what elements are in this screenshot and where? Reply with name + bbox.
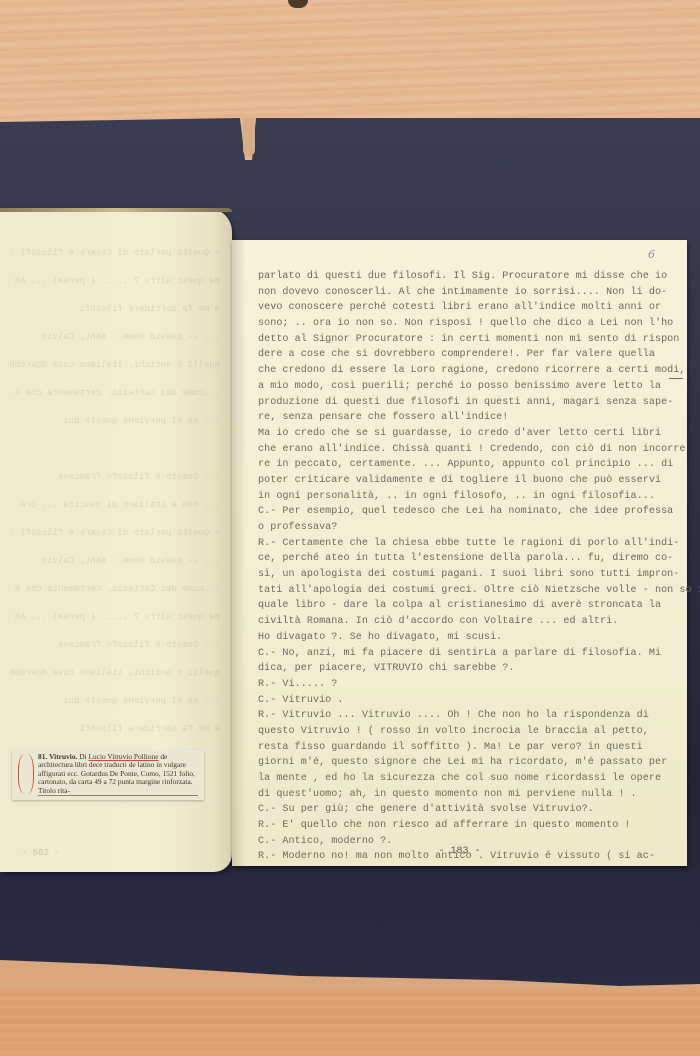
bleed-line: ... Questo è filosofo francese bbox=[10, 472, 220, 486]
text-line: in ogni personalità, .. in ogni filosofo… bbox=[258, 489, 668, 505]
bleed-line: ... ma mi perviene questo qui. bbox=[10, 696, 220, 710]
text-line: sono; .. ora io non so. Non risposi ! qu… bbox=[258, 316, 668, 332]
text-line: parlato di questi due filosofi. Il Sig. … bbox=[258, 269, 668, 285]
text-line: vevo conoscere perché cotesti libri eran… bbox=[258, 300, 668, 316]
bleed-line: ...come dei Cartesio, certamente che è u… bbox=[10, 388, 220, 402]
text-line: R.- Certamente che la chiesa ebbe tutte … bbox=[258, 536, 668, 552]
bleed-through-text: - Questo parlato di Cesare e filosofi ..… bbox=[10, 248, 220, 752]
text-line: sì, un apologista dei costumi pagani. I … bbox=[258, 567, 668, 583]
bleed-line: - Questo parlato di Cesare e filosofi ..… bbox=[10, 528, 220, 542]
text-line: che credono di essere la Loro ragione, c… bbox=[258, 363, 668, 379]
text-line: questo Vitruvio ! ( rosso in volto incro… bbox=[258, 724, 668, 740]
text-line: la mente , ed ho la sicurezza che col su… bbox=[258, 771, 668, 787]
text-line: o professava? bbox=[258, 520, 668, 536]
gutter-shadow bbox=[232, 240, 246, 866]
left-page-number: - 502 - bbox=[22, 848, 60, 858]
text-line: civiltà Romana. In ciò d'accordo con Vol… bbox=[258, 614, 668, 630]
text-line: resta fisso guardando il soffitto ). Ma!… bbox=[258, 740, 668, 756]
bleed-line: ... ma mi perviene questo qui. bbox=[10, 416, 220, 430]
text-line: di quest'uomo; ah, in questo momento non… bbox=[258, 787, 668, 803]
bleed-line: ... Questo è filosofo francese bbox=[10, 640, 220, 654]
text-line: re, senza pensare che fossero all'indice… bbox=[258, 410, 668, 426]
text-line: poter criticare validamente e di toglier… bbox=[258, 473, 668, 489]
text-line: dica, per piacere, VITRUVIO chi sarebbe … bbox=[258, 661, 668, 677]
bleed-line: ma quest'altro ? ..... ( pensa) ... Ah bbox=[10, 276, 220, 290]
bleed-line: ma quest'altro ? ..... ( pensa) ... Ah bbox=[10, 612, 220, 626]
text-line: quale libro - dare la colpa al cristiane… bbox=[258, 598, 668, 614]
text-line: ce, perché ateo in tutta l'estensione de… bbox=[258, 551, 668, 567]
bleed-line: a me fa sorridere filosofi bbox=[10, 304, 220, 318]
text-line: tati all'apologia dei costumi greci. Olt… bbox=[258, 583, 668, 599]
clipping-text: 81. Vitruvio. Di Lucio Vitruvio Pollione… bbox=[38, 753, 200, 795]
text-line: C.- Vitruvio . bbox=[258, 693, 668, 709]
red-pencil-marks bbox=[18, 754, 34, 794]
text-line: non dovevo conoscerli. Al che intimament… bbox=[258, 285, 668, 301]
text-line: C.- Su per giù; che genere d'attività sv… bbox=[258, 802, 668, 818]
text-line: che erano all'indice. Chissà quanti ! Cr… bbox=[258, 442, 668, 458]
bleed-line: quelli o antichi, italiano cosa dovrebbe bbox=[10, 668, 220, 682]
handwritten-corner-number: 6 bbox=[648, 248, 655, 261]
bleed-line: ...come dei Cartesio, certamente che è u… bbox=[10, 584, 220, 598]
text-line: C.- No, anzi, mi fa piacere di sentirLa … bbox=[258, 646, 668, 662]
bleed-line: ... non è italiano di nascita ... Ora bbox=[10, 500, 220, 514]
text-line: Ma io credo che se si guardasse, io cred… bbox=[258, 426, 668, 442]
text-line: detto al Signor Procuratore : in certi m… bbox=[258, 332, 668, 348]
bleed-line: ... -- questo nome : Kant, Calvin bbox=[10, 556, 220, 570]
bleed-line: ... -- questo nome : Kant, Calvin bbox=[10, 332, 220, 346]
text-line: produzione di questi due filosofi in que… bbox=[258, 395, 668, 411]
text-line: Ho divagato ?. Se ho divagato, mi scusi. bbox=[258, 630, 668, 646]
text-line: a mio modo, così puerili; perché io poss… bbox=[258, 379, 668, 395]
bleed-line: - Questo parlato di Cesare e filosofi ..… bbox=[10, 248, 220, 262]
page-stack-edge bbox=[0, 208, 232, 212]
text-line: re in peccato, certamente. ... Appunto, … bbox=[258, 457, 668, 473]
board-notch bbox=[243, 118, 255, 156]
text-line: dere a cose che si dovrebbero comprender… bbox=[258, 347, 668, 363]
page-number: - 183 - bbox=[232, 846, 687, 857]
typewritten-transcript: parlato di questi due filosofi. Il Sig. … bbox=[258, 269, 668, 865]
wooden-desk-bottom bbox=[0, 990, 700, 1056]
text-line: R.- E' quello che non riesco ad afferrar… bbox=[258, 818, 668, 834]
catalog-clipping: 81. Vitruvio. Di Lucio Vitruvio Pollione… bbox=[12, 750, 204, 800]
bleed-line: quelli o antichi, italiano cosa dovrebbe bbox=[10, 360, 220, 374]
bleed-line: a me fa sorridere filosofi bbox=[10, 724, 220, 738]
text-line: R.- Vi..... ? bbox=[258, 677, 668, 693]
clipping-rule bbox=[38, 795, 198, 796]
text-line: giorni m'é, questo signore che Lei mi ha… bbox=[258, 755, 668, 771]
bleed-line bbox=[10, 444, 220, 458]
right-page: 6 parlato di questi due filosofi. Il Sig… bbox=[232, 240, 687, 866]
margin-mark bbox=[669, 378, 683, 379]
text-line: R.- Vitruvio ... Vitruvio .... Oh ! Che … bbox=[258, 708, 668, 724]
text-line: C.- Per esempio, quel tedesco che Lei ha… bbox=[258, 504, 668, 520]
